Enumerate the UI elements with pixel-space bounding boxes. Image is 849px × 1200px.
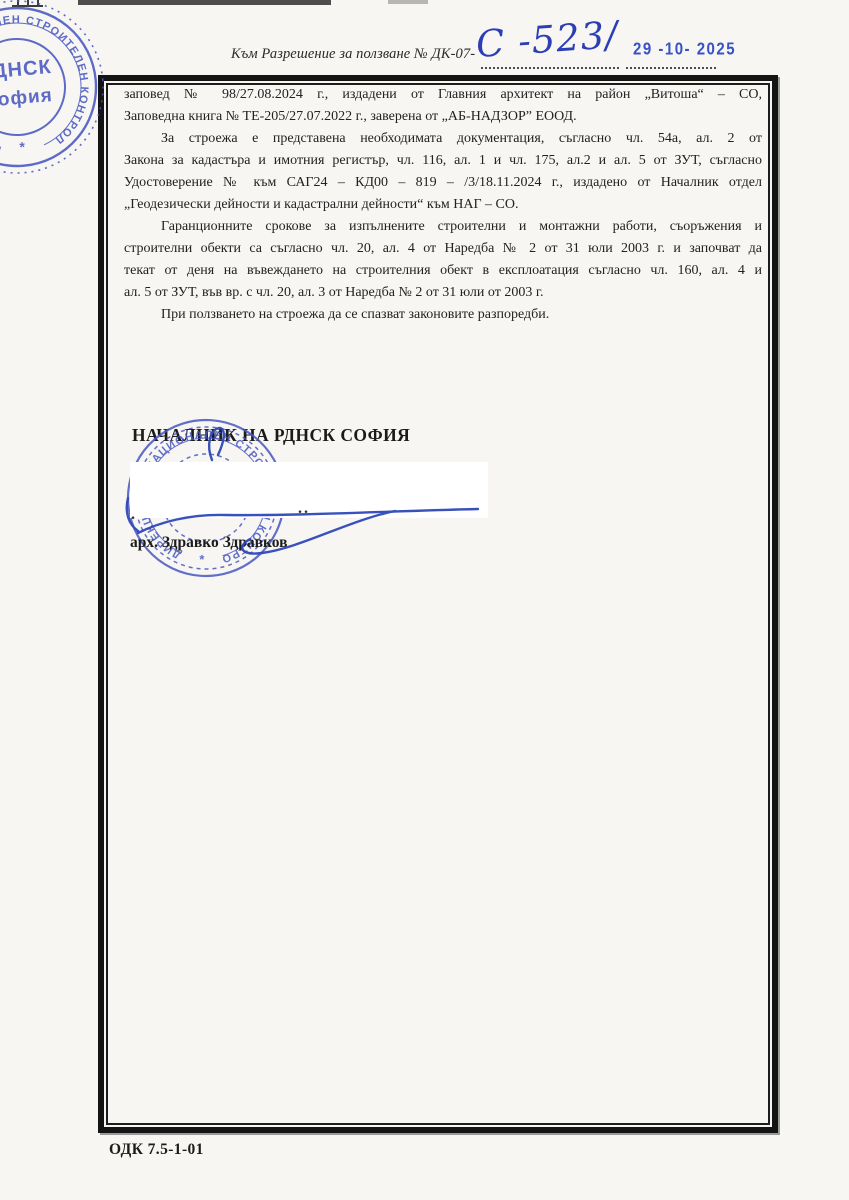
body-line: Гаранционните срокове за изпълнените стр… (124, 216, 762, 238)
body-line: заповед № 98/27.08.2024 г., издадени от … (124, 84, 762, 106)
corner-stamp-center-line2: София (0, 85, 54, 112)
scan-artifact-bar (388, 0, 428, 4)
body-line: Заповедна книга № ТЕ-205/27.07.2022 г., … (124, 106, 762, 128)
body-line: „Геодезически дейности и кадастрални дей… (124, 194, 762, 216)
header-caption: Към Разрешение за ползване № ДК-07- (231, 46, 475, 63)
body-line: За строежа е представена необходимата до… (124, 128, 762, 150)
body-line: При ползването на строежа да се спазват … (124, 304, 762, 326)
footer-form-code: ОДК 7.5-1-01 (109, 1141, 204, 1159)
body-line: текат от деня на въвеждането на строител… (124, 260, 762, 282)
body-line: Закона за кадастъра и имотния регистър, … (124, 150, 762, 172)
dotted-fill-line (481, 66, 619, 69)
document-body: заповед № 98/27.08.2024 г., издадени от … (124, 84, 762, 326)
dotted-fill-line (626, 66, 716, 69)
corner-stamp-star: * (19, 139, 26, 155)
body-line: строителни обекти са съгласно чл. 20, ал… (124, 238, 762, 260)
body-line: ал. 5 от ЗУТ, във вр. с чл. 20, ал. 3 от… (124, 282, 762, 304)
signature-ink (120, 415, 500, 565)
handwritten-case-number: С -523/ (475, 13, 620, 66)
corner-stamp-center-line1: РДНСК (0, 56, 53, 84)
rdnsk-corner-stamp: ДИРЕКЦИЯ ЗА НАЦИОНАЛЕН СТРОИТЕЛЕН КОНТРО… (0, 0, 120, 190)
date-stamp: 29 -10- 2025 (633, 40, 736, 60)
scanned-document-page: Към Разрешение за ползване № ДК-07- С -5… (0, 0, 849, 1200)
body-line: Удостоверение № към САГ24 – КД00 – 819 –… (124, 172, 762, 194)
scan-artifact-bar (78, 0, 331, 5)
